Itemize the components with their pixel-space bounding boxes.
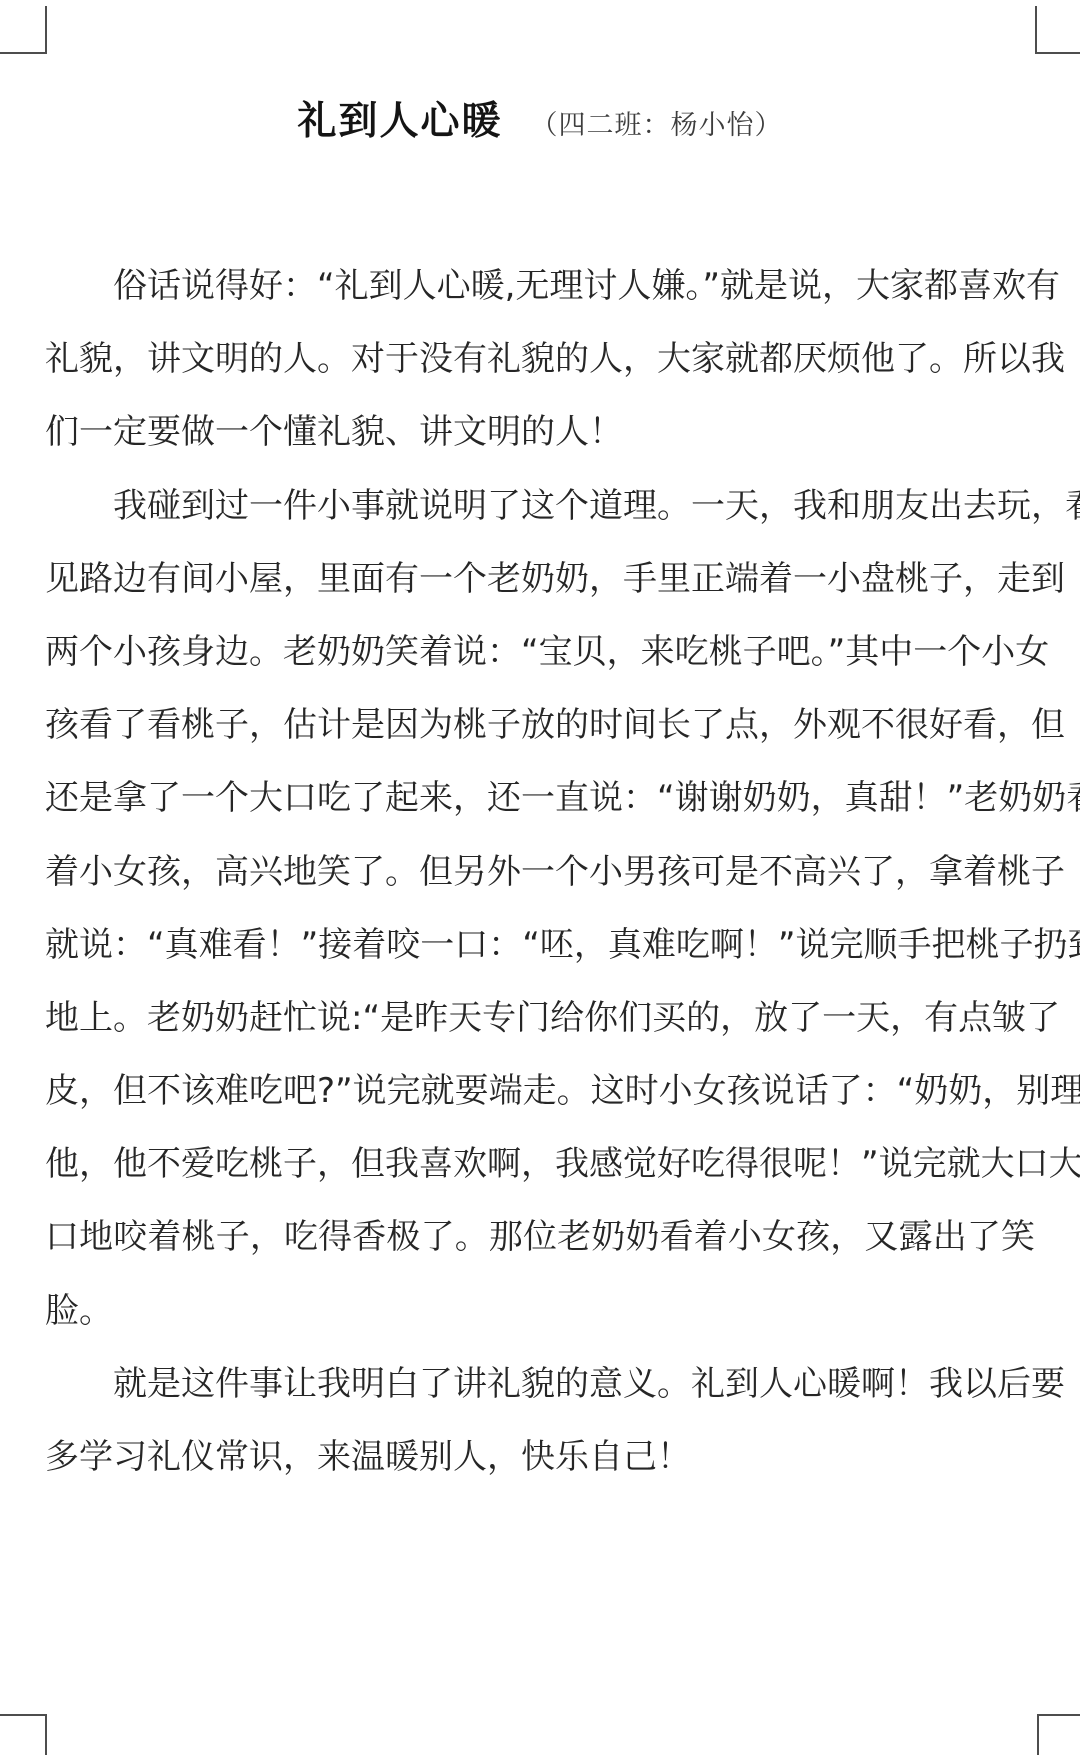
essay-line: 孩看了看桃子，估计是因为桃子放的时间长了点，外观不很好看，但 [45, 689, 1035, 762]
essay-line: 就是这件事让我明白了讲礼貌的意义。礼到人心暖啊！我以后要 [45, 1348, 1035, 1421]
essay-line: 见路边有间小屋，里面有一个老奶奶，手里正端着一小盘桃子，走到 [45, 543, 1035, 616]
essay-line: 皮，但不该难吃吧?”说完就要端走。这时小女孩说话了：“奶奶，别理 [45, 1055, 1035, 1128]
essay-line: 就说：“真难看！”接着咬一口：“呸，真难吃啊！”说完顺手把桃子扔到 [45, 909, 1035, 982]
crop-mark-bottom-right [1037, 1714, 1080, 1755]
crop-mark-top-left [0, 6, 47, 54]
essay-line: 礼貌，讲文明的人。对于没有礼貌的人，大家就都厌烦他了。所以我 [45, 323, 1035, 396]
essay-author: （四二班：杨小怡） [531, 103, 783, 142]
essay-line: 脸。 [45, 1275, 1035, 1348]
crop-mark-top-right [1035, 6, 1080, 54]
essay-line: 我碰到过一件小事就说明了这个道理。一天，我和朋友出去玩，看 [45, 470, 1035, 543]
essay-line: 两个小孩身边。老奶奶笑着说：“宝贝，来吃桃子吧。”其中一个小女 [45, 616, 1035, 689]
essay-header: 礼到人心暖 （四二班：杨小怡） [0, 98, 1080, 146]
essay-line: 口地咬着桃子，吃得香极了。那位老奶奶看着小女孩，又露出了笑 [45, 1201, 1035, 1274]
essay-line: 他，他不爱吃桃子，但我喜欢啊，我感觉好吃得很呢！”说完就大口大 [45, 1128, 1035, 1201]
crop-mark-bottom-left [0, 1714, 47, 1755]
essay-body: 俗话说得好：“礼到人心暖,无理讨人嫌。”就是说，大家都喜欢有礼貌，讲文明的人。对… [45, 250, 1035, 1494]
essay-line: 多学习礼仪常识，来温暖别人，快乐自己！ [45, 1421, 1035, 1494]
essay-line: 着小女孩，高兴地笑了。但另外一个小男孩可是不高兴了，拿着桃子 [45, 836, 1035, 909]
essay-line: 们一定要做一个懂礼貌、讲文明的人！ [45, 396, 1035, 469]
document-page: 礼到人心暖 （四二班：杨小怡） 俗话说得好：“礼到人心暖,无理讨人嫌。”就是说，… [0, 0, 1080, 1755]
essay-line: 还是拿了一个大口吃了起来，还一直说：“谢谢奶奶，真甜！”老奶奶看 [45, 762, 1035, 835]
essay-line: 地上。老奶奶赶忙说:“是昨天专门给你们买的，放了一天，有点皱了 [45, 982, 1035, 1055]
essay-line: 俗话说得好：“礼到人心暖,无理讨人嫌。”就是说，大家都喜欢有 [45, 250, 1035, 323]
essay-title: 礼到人心暖 [297, 98, 502, 146]
